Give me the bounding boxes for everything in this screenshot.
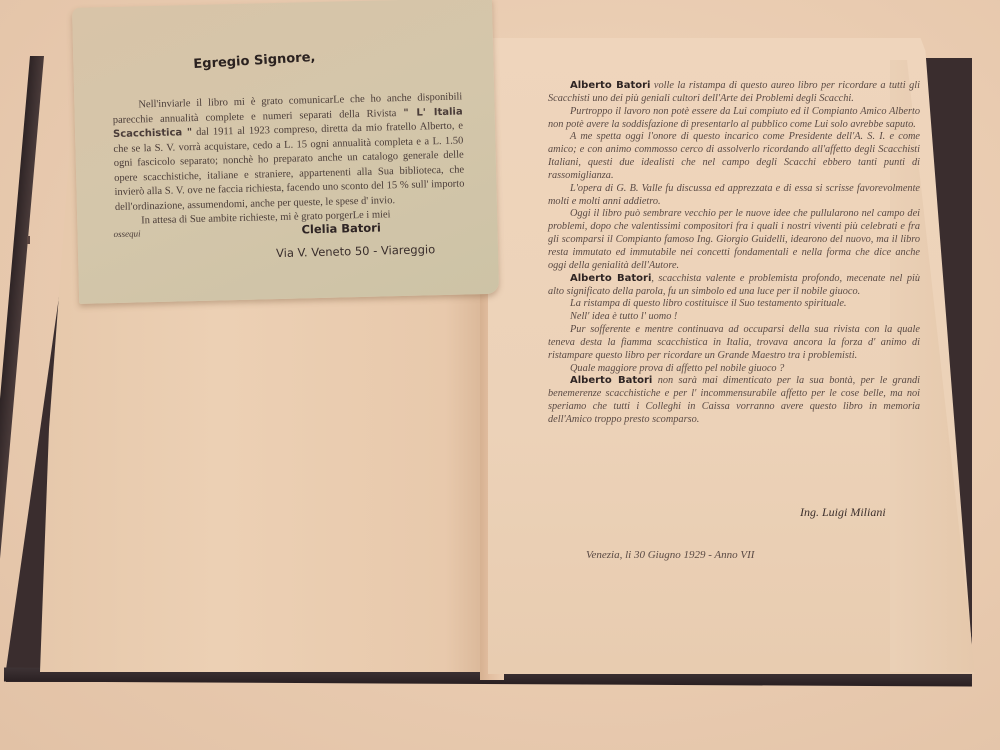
letter-closing: ossequi xyxy=(113,228,140,239)
preface-text: Alberto Batori volle la ristampa di ques… xyxy=(548,80,920,427)
preface-paragraph: A me spetta oggi l'onore di questo incar… xyxy=(548,131,920,182)
letter-paragraph-1: Nell'inviarle il libro mi è grato comuni… xyxy=(112,90,465,215)
letter-signature: Clelia Batori xyxy=(301,221,381,237)
preface-paragraph: La ristampa di questo libro costituisce … xyxy=(548,298,920,311)
preface-paragraph: Alberto Batori non sarà mai dimenticato … xyxy=(548,375,920,426)
letter-address: Via V. Veneto 50 - Viareggio xyxy=(276,242,435,260)
preface-paragraph: Purtroppo il lavoro non potè essere da L… xyxy=(548,106,920,132)
preface-paragraph: L'opera di G. B. Valle fu discussa ed ap… xyxy=(548,183,920,209)
preface-paragraph: Pur sofferente e mentre continuava ad oc… xyxy=(548,324,920,363)
letter-heading: Egregio Signore, xyxy=(193,50,316,72)
preface-date-line: Venezia, li 30 Giugno 1929 - Anno VII xyxy=(586,549,754,561)
preface-paragraph: Quale maggiore prova di affetto pel nobi… xyxy=(548,363,920,376)
letter-body: Nell'inviarle il libro mi è grato comuni… xyxy=(112,90,465,229)
loose-letter-sheet: Egregio Signore, Nell'inviarle il libro … xyxy=(72,0,499,304)
preface-paragraph: Nell' idea è tutto l' uomo ! xyxy=(548,311,920,324)
preface-paragraph: Oggi il libro può sembrare vecchio per l… xyxy=(548,208,920,272)
preface-paragraph: Alberto Batori volle la ristampa di ques… xyxy=(548,80,920,106)
preface-paragraph: Alberto Batori, scacchista valente e pro… xyxy=(548,273,920,299)
background-mark xyxy=(27,236,30,244)
preface-signature: Ing. Luigi Miliani xyxy=(800,505,886,520)
